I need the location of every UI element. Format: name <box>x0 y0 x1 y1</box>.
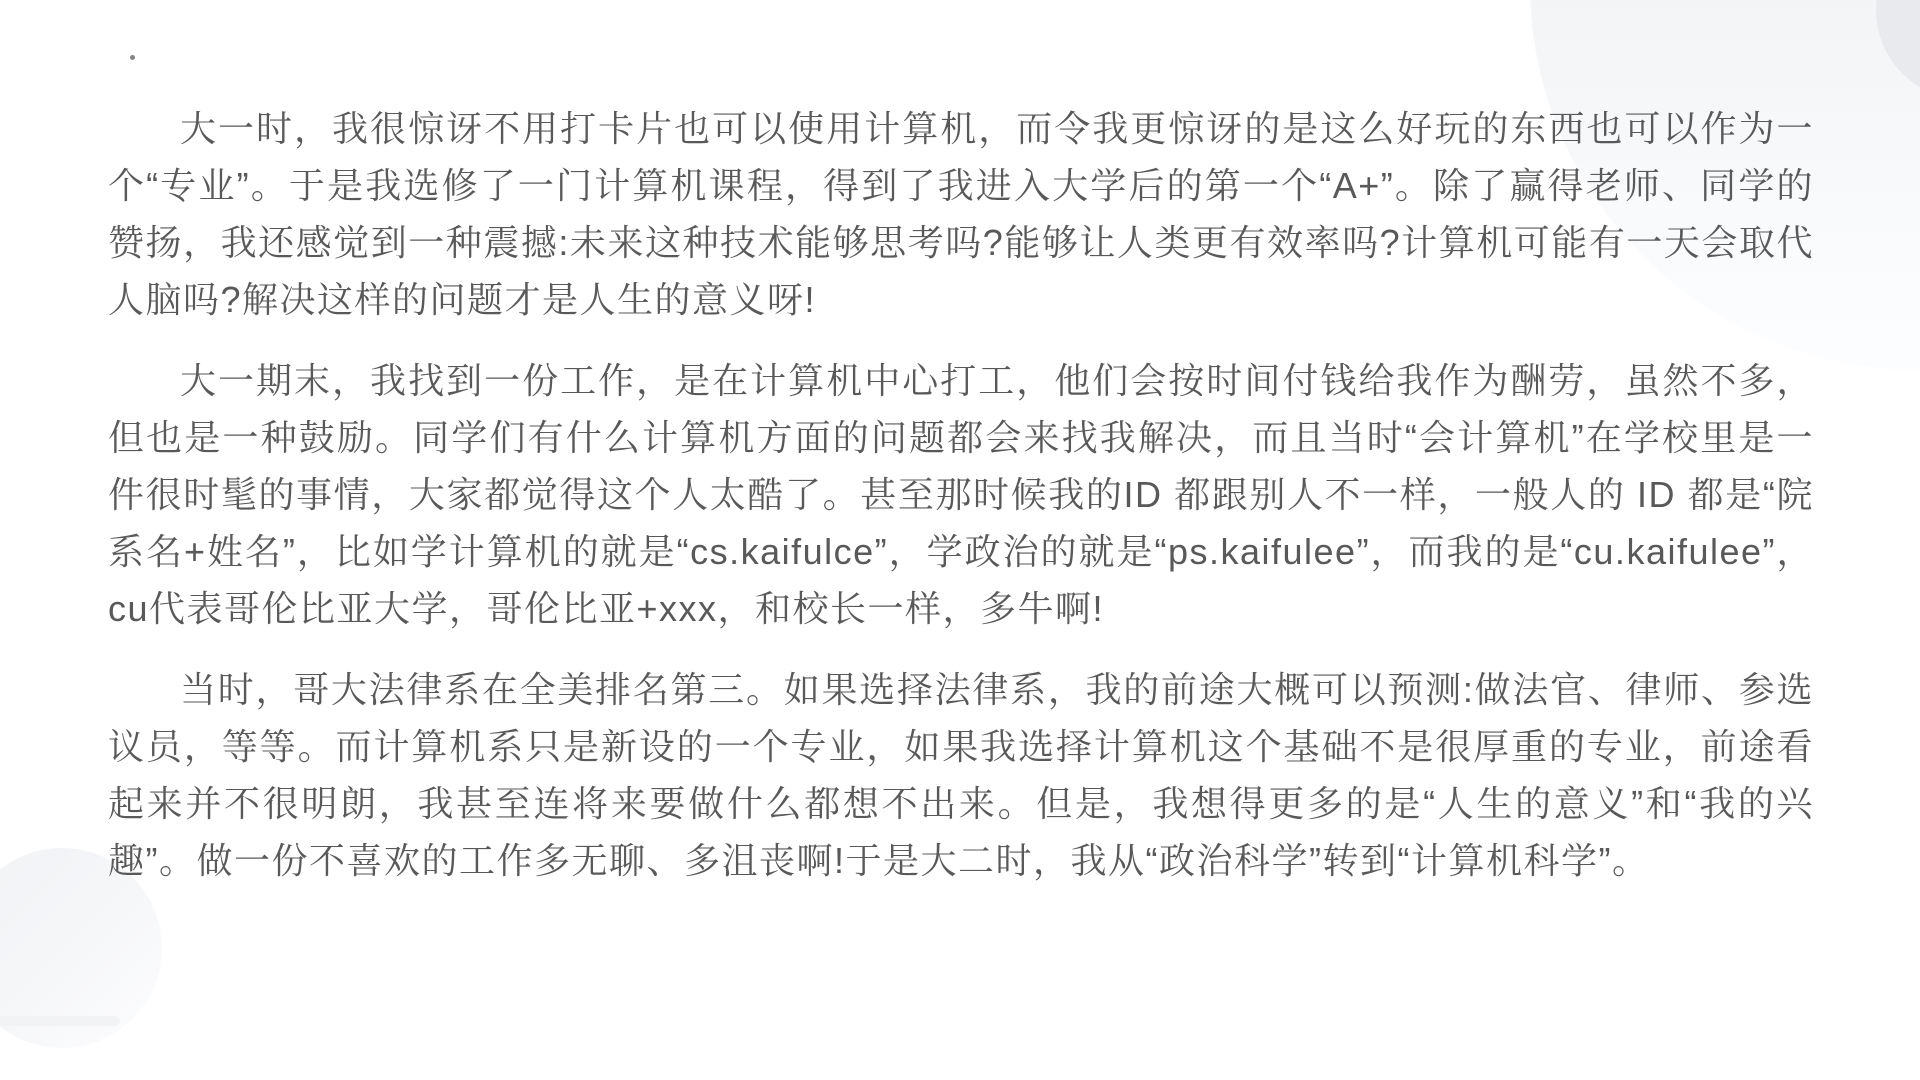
text-body: 大一时，我很惊讶不用打卡片也可以使用计算机，而令我更惊讶的是这么好玩的东西也可以… <box>108 100 1814 889</box>
stray-mark <box>130 55 135 60</box>
decorative-corner-accent <box>1876 0 1920 100</box>
ebook-page: 大一时，我很惊讶不用打卡片也可以使用计算机，而令我更惊讶的是这么好玩的东西也可以… <box>0 0 1920 1080</box>
paragraph-2: 大一期末，我找到一份工作，是在计算机中心打工，他们会按时间付钱给我作为酬劳，虽然… <box>108 352 1814 637</box>
decorative-strip-bottom-left <box>0 1016 120 1026</box>
paragraph-1: 大一时，我很惊讶不用打卡片也可以使用计算机，而令我更惊讶的是这么好玩的东西也可以… <box>108 100 1814 328</box>
paragraph-3: 当时，哥大法律系在全美排名第三。如果选择法律系，我的前途大概可以预测:做法官、律… <box>108 661 1814 889</box>
